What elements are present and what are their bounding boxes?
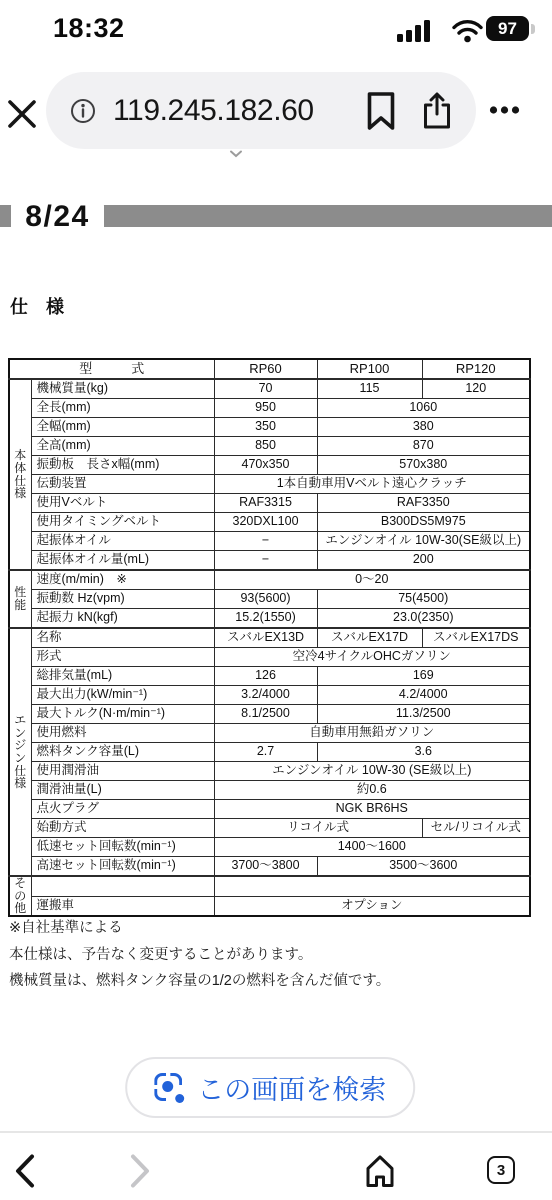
spec-value: 870	[317, 437, 530, 456]
table-row: エ ン ジ ン 仕 様名称スバルEX13DスバルEX17DスバルEX17DS	[9, 628, 530, 648]
group-label: 本 体 仕 様	[9, 379, 31, 570]
spec-value: 1本自動車用Vベルト遠心クラッチ	[214, 475, 530, 494]
spec-value: 1060	[317, 399, 530, 418]
lens-icon	[154, 1073, 184, 1103]
spec-value: −	[214, 551, 317, 571]
spec-value: エンジンオイル 10W-30(SE級以上)	[317, 532, 530, 551]
spec-label: 運搬車	[31, 896, 214, 916]
spec-value: −	[214, 532, 317, 551]
spec-label: 起振体オイル量(mL)	[31, 551, 214, 571]
page-indicator: 8/24	[11, 188, 104, 245]
tab-counter[interactable]: 3	[487, 1156, 515, 1184]
spec-value: 2.7	[214, 743, 317, 762]
footnote-line: 本仕様は、予告なく変更することがあります。	[9, 942, 390, 969]
spec-label: 総排気量(mL)	[31, 667, 214, 686]
spec-value: 93(5600)	[214, 590, 317, 609]
spec-value: 3500～3600	[317, 857, 530, 877]
spec-value: 126	[214, 667, 317, 686]
wifi-icon	[452, 19, 483, 43]
spec-value: 0～20	[214, 570, 530, 590]
url-text: 119.245.182.60	[113, 94, 314, 128]
spec-label: 速度(m/min) ※	[31, 570, 214, 590]
battery-icon: 97	[486, 16, 529, 41]
spec-value: 470x350	[214, 456, 317, 475]
table-row: 始動方式リコイル式セル/リコイル式	[9, 819, 530, 838]
table-row: 使用燃料自動車用無鉛ガソリン	[9, 724, 530, 743]
group-label: エ ン ジ ン 仕 様	[9, 628, 31, 876]
spec-label: 形式	[31, 648, 214, 667]
spec-label: 起振力 kN(kgf)	[31, 609, 214, 629]
table-row: 使用VベルトRAF3315RAF3350	[9, 494, 530, 513]
grabber-icon	[229, 150, 243, 158]
spec-label: 全高(mm)	[31, 437, 214, 456]
spec-value: 3.6	[317, 743, 530, 762]
table-header-row: 型 式RP60RP100RP120	[9, 359, 530, 379]
spec-label: 最大出力(kW/min⁻¹)	[31, 686, 214, 705]
spec-label	[31, 876, 214, 896]
table-row: 使用タイミングベルト320DXL100B300DS5M975	[9, 513, 530, 532]
home-icon[interactable]	[365, 1152, 395, 1190]
url-bar[interactable]: 119.245.182.60	[46, 72, 476, 149]
spec-value: 120	[422, 379, 530, 399]
spec-value: 3700～3800	[214, 857, 317, 877]
table-row: 全幅(mm)350380	[9, 418, 530, 437]
spec-value: 75(4500)	[317, 590, 530, 609]
spec-value: スバルEX17DS	[422, 628, 530, 648]
group-label: 性 能	[9, 570, 31, 628]
bookmark-icon[interactable]	[366, 91, 396, 131]
spec-value: 380	[317, 418, 530, 437]
table-row: 全高(mm)850870	[9, 437, 530, 456]
table-row: 点火プラグNGK BR6HS	[9, 800, 530, 819]
header-model-label: 型 式	[9, 359, 214, 379]
spec-label: 高速セット回転数(min⁻¹)	[31, 857, 214, 877]
spec-label: 全長(mm)	[31, 399, 214, 418]
toolbar-divider	[0, 1131, 552, 1133]
table-row: 振動板 長さx幅(mm)470x350570x380	[9, 456, 530, 475]
spec-label: 使用潤滑油	[31, 762, 214, 781]
signal-icon	[397, 19, 433, 43]
spec-value: NGK BR6HS	[214, 800, 530, 819]
table-row: 高速セット回転数(min⁻¹)3700～38003500～3600	[9, 857, 530, 877]
spec-label: 使用Vベルト	[31, 494, 214, 513]
spec-value: 950	[214, 399, 317, 418]
table-row: そ の 他	[9, 876, 530, 896]
spec-value: 1400～1600	[214, 838, 530, 857]
search-screen-label: この画面を検索	[197, 1068, 386, 1107]
table-row: 燃料タンク容量(L)2.73.6	[9, 743, 530, 762]
search-screen-button[interactable]: この画面を検索	[125, 1057, 415, 1118]
tab-count: 3	[497, 1162, 505, 1179]
spec-value: 8.1/2500	[214, 705, 317, 724]
spec-label: 始動方式	[31, 819, 214, 838]
spec-value: B300DS5M975	[317, 513, 530, 532]
spec-label: 低速セット回転数(min⁻¹)	[31, 838, 214, 857]
page-indicator-text: 8/24	[25, 200, 89, 234]
spec-value	[214, 876, 530, 896]
spec-value: 115	[317, 379, 422, 399]
spec-label: 燃料タンク容量(L)	[31, 743, 214, 762]
table-row: 運搬車オプション	[9, 896, 530, 916]
spec-value: RAF3350	[317, 494, 530, 513]
header-model: RP60	[214, 359, 317, 379]
spec-value: 200	[317, 551, 530, 571]
battery-percent: 97	[498, 19, 517, 39]
table-row: 起振体オイル量(mL)−200	[9, 551, 530, 571]
table-row: 伝動装置1本自動車用Vベルト遠心クラッチ	[9, 475, 530, 494]
spec-label: 使用燃料	[31, 724, 214, 743]
more-icon[interactable]	[489, 105, 521, 115]
spec-value: 11.3/2500	[317, 705, 530, 724]
footnotes: ※自社基準による 本仕様は、予告なく変更することがあります。 機械質量は、燃料タ…	[9, 915, 390, 995]
info-icon	[70, 98, 96, 124]
table-row: 性 能速度(m/min) ※0～20	[9, 570, 530, 590]
spec-value: 4.2/4000	[317, 686, 530, 705]
spec-label: 振動数 Hz(vpm)	[31, 590, 214, 609]
spec-table: 型 式RP60RP100RP120本 体 仕 様機械質量(kg)70115120…	[8, 358, 531, 917]
table-row: 使用潤滑油エンジンオイル 10W-30 (SE級以上)	[9, 762, 530, 781]
footnote-line: 機械質量は、燃料タンク容量の1/2の燃料を含んだ値です。	[9, 968, 390, 995]
spec-value: RAF3315	[214, 494, 317, 513]
table-row: 起振体オイル−エンジンオイル 10W-30(SE級以上)	[9, 532, 530, 551]
table-row: 最大トルク(N·m/min⁻¹)8.1/250011.3/2500	[9, 705, 530, 724]
spec-label: 使用タイミングベルト	[31, 513, 214, 532]
table-row: 振動数 Hz(vpm)93(5600)75(4500)	[9, 590, 530, 609]
spec-label: 振動板 長さx幅(mm)	[31, 456, 214, 475]
spec-value: スバルEX13D	[214, 628, 317, 648]
table-row: 総排気量(mL)126169	[9, 667, 530, 686]
spec-value: 320DXL100	[214, 513, 317, 532]
spec-value: リコイル式	[214, 819, 422, 838]
header-model: RP100	[317, 359, 422, 379]
spec-value: エンジンオイル 10W-30 (SE級以上)	[214, 762, 530, 781]
spec-value: 850	[214, 437, 317, 456]
battery-nub	[531, 24, 535, 34]
spec-value: 空冷4サイクルOHCガソリン	[214, 648, 530, 667]
table-row: 最大出力(kW/min⁻¹)3.2/40004.2/4000	[9, 686, 530, 705]
group-label: そ の 他	[9, 876, 31, 916]
spec-label: 全幅(mm)	[31, 418, 214, 437]
spec-value: 23.0(2350)	[317, 609, 530, 629]
spec-label: 起振体オイル	[31, 532, 214, 551]
spec-value: 15.2(1550)	[214, 609, 317, 629]
table-row: 本 体 仕 様機械質量(kg)70115120	[9, 379, 530, 399]
footnote-line: ※自社基準による	[9, 915, 390, 942]
table-row: 形式空冷4サイクルOHCガソリン	[9, 648, 530, 667]
spec-label: 名称	[31, 628, 214, 648]
spec-label: 機械質量(kg)	[31, 379, 214, 399]
share-icon[interactable]	[422, 91, 452, 131]
spec-value: 70	[214, 379, 317, 399]
spec-value: 自動車用無鉛ガソリン	[214, 724, 530, 743]
spec-value: スバルEX17D	[317, 628, 422, 648]
spec-value: 約0.6	[214, 781, 530, 800]
status-time: 18:32	[53, 13, 125, 44]
table-row: 潤滑油量(L)約0.6	[9, 781, 530, 800]
table-row: 低速セット回転数(min⁻¹)1400～1600	[9, 838, 530, 857]
spec-label: 潤滑油量(L)	[31, 781, 214, 800]
header-model: RP120	[422, 359, 530, 379]
spec-value: セル/リコイル式	[422, 819, 530, 838]
forward-icon[interactable]	[128, 1153, 152, 1189]
spec-label: 点火プラグ	[31, 800, 214, 819]
spec-value: 169	[317, 667, 530, 686]
spec-value: オプション	[214, 896, 530, 916]
document-title: 仕 様	[10, 293, 64, 319]
spec-label: 伝動装置	[31, 475, 214, 494]
table-row: 全長(mm)9501060	[9, 399, 530, 418]
spec-label: 最大トルク(N·m/min⁻¹)	[31, 705, 214, 724]
spec-value: 570x380	[317, 456, 530, 475]
table-row: 起振力 kN(kgf)15.2(1550)23.0(2350)	[9, 609, 530, 629]
spec-value: 3.2/4000	[214, 686, 317, 705]
spec-value: 350	[214, 418, 317, 437]
back-icon[interactable]	[13, 1153, 37, 1189]
close-icon[interactable]	[6, 98, 38, 130]
